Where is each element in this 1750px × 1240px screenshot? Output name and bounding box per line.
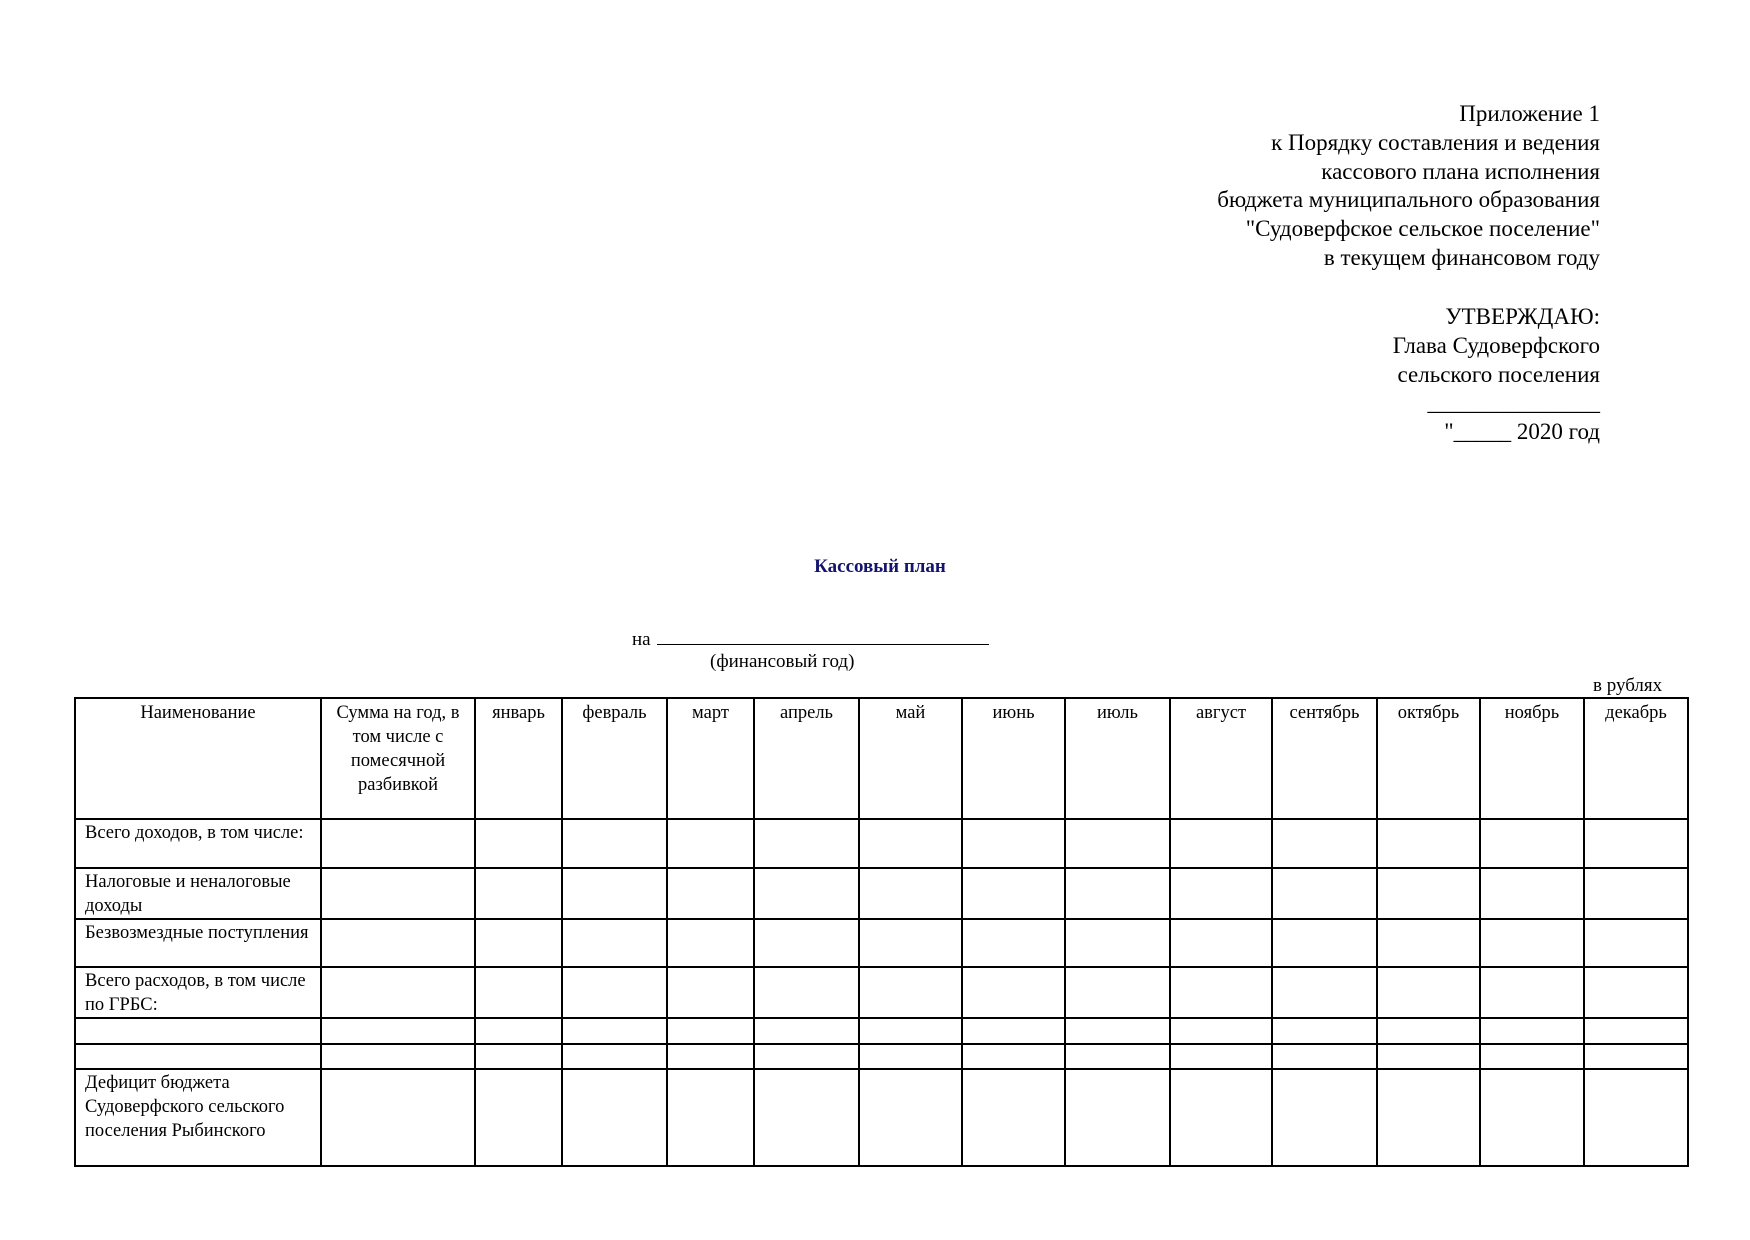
value-cell[interactable] [1065,868,1170,919]
column-header-month: февраль [562,698,667,819]
value-cell[interactable] [1065,819,1170,868]
table-header-row: НаименованиеСумма на год, в том числе с … [75,698,1688,819]
value-cell[interactable] [475,1044,562,1069]
column-header-month: октябрь [1377,698,1480,819]
value-cell[interactable] [321,967,475,1018]
value-cell[interactable] [321,919,475,967]
value-cell[interactable] [1065,967,1170,1018]
value-cell[interactable] [667,868,754,919]
value-cell[interactable] [754,919,859,967]
value-cell[interactable] [667,919,754,967]
value-cell[interactable] [667,967,754,1018]
value-cell[interactable] [1272,1018,1377,1044]
column-header-month: ноябрь [1480,698,1584,819]
value-cell[interactable] [1170,919,1272,967]
value-cell[interactable] [475,868,562,919]
fiscal-year-prefix: на [632,629,651,650]
value-cell[interactable] [859,967,962,1018]
value-cell[interactable] [1584,868,1688,919]
value-cell[interactable] [1480,919,1584,967]
fiscal-year-field[interactable] [657,627,989,645]
column-header-month: июнь [962,698,1065,819]
value-cell[interactable] [667,1069,754,1166]
value-cell[interactable] [475,1018,562,1044]
value-cell[interactable] [1377,1069,1480,1166]
value-cell[interactable] [859,919,962,967]
column-header-month: август [1170,698,1272,819]
value-cell[interactable] [1480,1018,1584,1044]
value-cell[interactable] [1065,919,1170,967]
column-header-month: сентябрь [1272,698,1377,819]
row-name-cell [75,1018,321,1044]
value-cell[interactable] [962,868,1065,919]
value-cell[interactable] [962,819,1065,868]
value-cell[interactable] [754,868,859,919]
value-cell[interactable] [1272,819,1377,868]
value-cell[interactable] [859,868,962,919]
value-cell[interactable] [1170,868,1272,919]
value-cell[interactable] [1584,1018,1688,1044]
table-row: Всего расходов, в том числе по ГРБС: [75,967,1688,1018]
fiscal-year-line: на [632,627,989,651]
value-cell[interactable] [859,1044,962,1069]
value-cell[interactable] [1377,1044,1480,1069]
value-cell[interactable] [754,967,859,1018]
table-row: Всего доходов, в том числе: [75,819,1688,868]
appendix-line: в текущем финансовом году [1217,244,1600,273]
value-cell[interactable] [321,1044,475,1069]
appendix-line: "Судоверфское сельское поселение" [1217,215,1600,244]
value-cell[interactable] [475,1069,562,1166]
value-cell[interactable] [1272,868,1377,919]
value-cell[interactable] [1377,1018,1480,1044]
value-cell[interactable] [475,819,562,868]
fiscal-year-caption: (финансовый год) [710,651,854,673]
value-cell[interactable] [859,1018,962,1044]
row-name-cell: Всего доходов, в том числе: [75,819,321,868]
value-cell[interactable] [859,1069,962,1166]
appendix-line: кассового плана исполнения [1217,158,1600,187]
value-cell[interactable] [667,1018,754,1044]
value-cell[interactable] [754,1069,859,1166]
value-cell[interactable] [475,967,562,1018]
value-cell[interactable] [1272,1044,1377,1069]
appendix-reference: Приложение 1 к Порядку составления и вед… [1217,100,1600,273]
column-header-annual-sum: Сумма на год, в том числе с помесячной р… [321,698,475,819]
appendix-line: к Порядку составления и ведения [1217,129,1600,158]
approval-date[interactable]: "_____ 2020 год [1393,418,1600,447]
value-cell[interactable] [321,1069,475,1166]
value-cell[interactable] [1377,819,1480,868]
table-row: Дефицит бюджета Судоверфского сельского … [75,1069,1688,1166]
value-cell[interactable] [1584,919,1688,967]
signature-blank[interactable]: _______________ [1393,389,1600,418]
approval-line: Глава Судоверфского [1393,332,1600,361]
value-cell[interactable] [1584,1069,1688,1166]
table-row: Налоговые и неналоговые доходы [75,868,1688,919]
value-cell[interactable] [1584,1044,1688,1069]
value-cell[interactable] [1272,967,1377,1018]
value-cell[interactable] [1170,967,1272,1018]
value-cell[interactable] [321,868,475,919]
value-cell[interactable] [562,1069,667,1166]
row-name-cell: Всего расходов, в том числе по ГРБС: [75,967,321,1018]
column-header-month: июль [1065,698,1170,819]
row-name-cell: Налоговые и неналоговые доходы [75,868,321,919]
value-cell[interactable] [1377,919,1480,967]
cash-plan-table: НаименованиеСумма на год, в том числе с … [74,697,1689,1167]
value-cell[interactable] [562,819,667,868]
table-row [75,1018,1688,1044]
value-cell[interactable] [1065,1069,1170,1166]
table-row [75,1044,1688,1069]
value-cell[interactable] [1377,868,1480,919]
approval-line: сельского поселения [1393,361,1600,390]
value-cell[interactable] [1480,1044,1584,1069]
value-cell[interactable] [1170,1044,1272,1069]
row-name-cell: Безвозмездные поступления [75,919,321,967]
column-header-month: апрель [754,698,859,819]
value-cell[interactable] [1065,1018,1170,1044]
value-cell[interactable] [667,819,754,868]
value-cell[interactable] [1065,1044,1170,1069]
value-cell[interactable] [1170,1018,1272,1044]
appendix-line: Приложение 1 [1217,100,1600,129]
value-cell[interactable] [962,1018,1065,1044]
value-cell[interactable] [1170,1069,1272,1166]
value-cell[interactable] [1480,967,1584,1018]
approval-heading: УТВЕРЖДАЮ: [1393,303,1600,332]
value-cell[interactable] [1272,1069,1377,1166]
row-name-cell [75,1044,321,1069]
value-cell[interactable] [962,1069,1065,1166]
value-cell[interactable] [962,967,1065,1018]
value-cell[interactable] [321,1018,475,1044]
row-name-cell: Дефицит бюджета Судоверфского сельского … [75,1069,321,1166]
value-cell[interactable] [1584,819,1688,868]
value-cell[interactable] [562,1018,667,1044]
appendix-line: бюджета муниципального образования [1217,186,1600,215]
column-header-month: декабрь [1584,698,1688,819]
column-header-month: март [667,698,754,819]
value-cell[interactable] [1480,1069,1584,1166]
value-cell[interactable] [1480,819,1584,868]
approval-block: УТВЕРЖДАЮ: Глава Судоверфского сельского… [1393,303,1600,447]
value-cell[interactable] [754,1018,859,1044]
column-header-month: январь [475,698,562,819]
value-cell[interactable] [859,819,962,868]
value-cell[interactable] [475,919,562,967]
value-cell[interactable] [1272,919,1377,967]
value-cell[interactable] [1584,967,1688,1018]
value-cell[interactable] [667,1044,754,1069]
value-cell[interactable] [962,1044,1065,1069]
units-label: в рублях [1593,675,1662,697]
value-cell[interactable] [1480,868,1584,919]
document-title: Кассовый план [0,556,1750,578]
value-cell[interactable] [962,919,1065,967]
column-header-month: май [859,698,962,819]
value-cell[interactable] [562,967,667,1018]
value-cell[interactable] [562,919,667,967]
table-row: Безвозмездные поступления [75,919,1688,967]
column-header-name: Наименование [75,698,321,819]
value-cell[interactable] [562,1044,667,1069]
value-cell[interactable] [1170,819,1272,868]
value-cell[interactable] [1377,967,1480,1018]
value-cell[interactable] [754,1044,859,1069]
value-cell[interactable] [562,868,667,919]
value-cell[interactable] [321,819,475,868]
value-cell[interactable] [754,819,859,868]
